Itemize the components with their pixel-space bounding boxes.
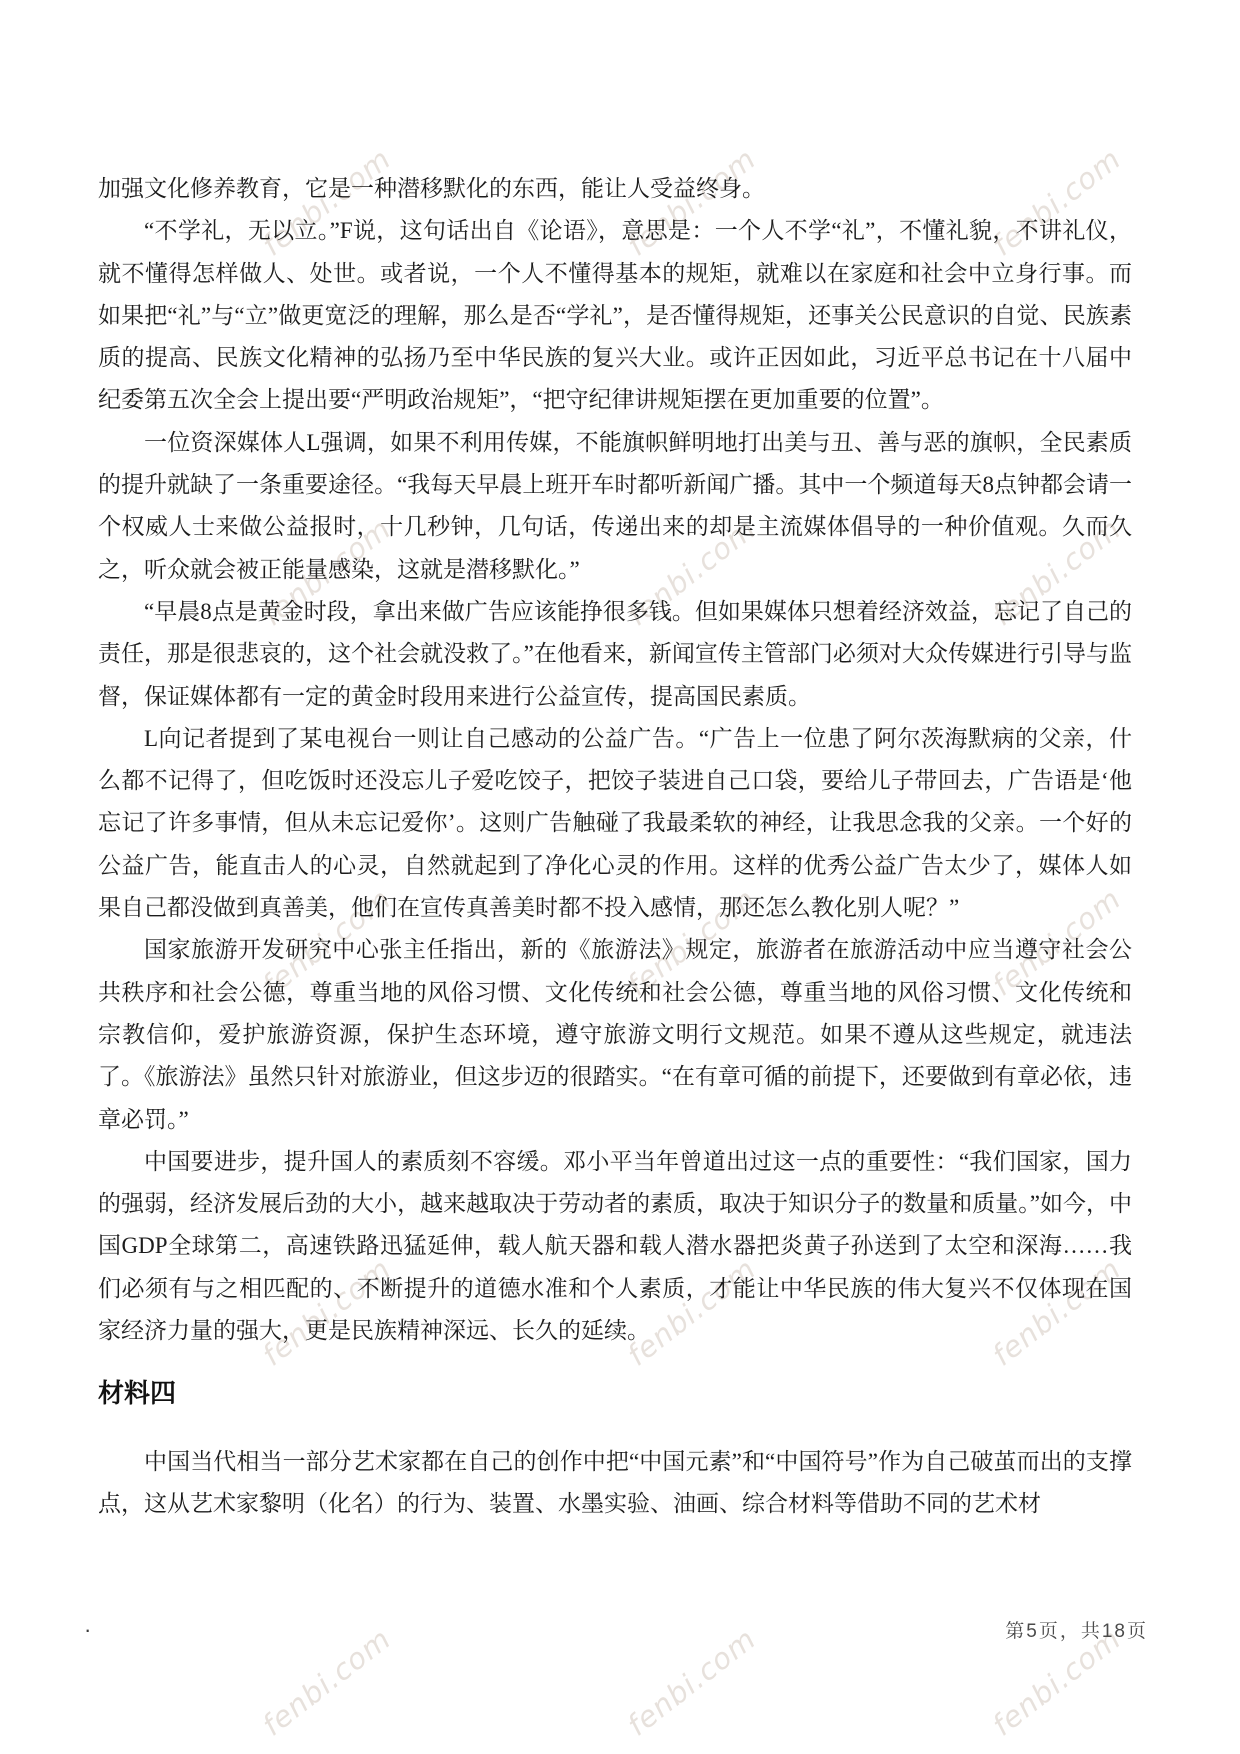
paragraph: 国家旅游开发研究中心张主任指出，新的《旅游法》规定，旅游者在旅游活动中应当遵守社…	[98, 929, 1132, 1140]
paragraph: 加强文化修养教育，它是一种潜移默化的东西，能让人受益终身。	[98, 168, 1132, 210]
paragraph: 中国当代相当一部分艺术家都在自己的创作中把“中国元素”和“中国符号”作为自己破茧…	[98, 1441, 1132, 1526]
page-number: 第5页，共18页	[1005, 1616, 1148, 1643]
paragraph: L向记者提到了某电视台一则让自己感动的公益广告。“广告上一位患了阿尔茨海默病的父…	[98, 718, 1132, 929]
document-content: 加强文化修养教育，它是一种潜移默化的东西，能让人受益终身。“不学礼，无以立。”F…	[98, 168, 1132, 1525]
paragraph: 中国要进步，提升国人的素质刻不容缓。邓小平当年曾道出过这一点的重要性：“我们国家…	[98, 1141, 1132, 1352]
paragraph: 一位资深媒体人L强调，如果不利用传媒，不能旗帜鲜明地打出美与丑、善与恶的旗帜，全…	[98, 422, 1132, 591]
footer-dot: ·	[84, 1619, 91, 1641]
section-heading: 材料四	[98, 1378, 1132, 1411]
paragraph: “早晨8点是黄金时段，拿出来做广告应该能挣很多钱。但如果媒体只想着经济效益，忘记…	[98, 591, 1132, 718]
page-footer: · 第5页，共18页	[84, 1616, 1148, 1643]
paragraph: “不学礼，无以立。”F说，这句话出自《论语》，意思是：一个人不学“礼”，不懂礼貌…	[98, 210, 1132, 421]
document-page: fenbi.comfenbi.comfenbi.comfenbi.comfenb…	[0, 0, 1240, 1754]
